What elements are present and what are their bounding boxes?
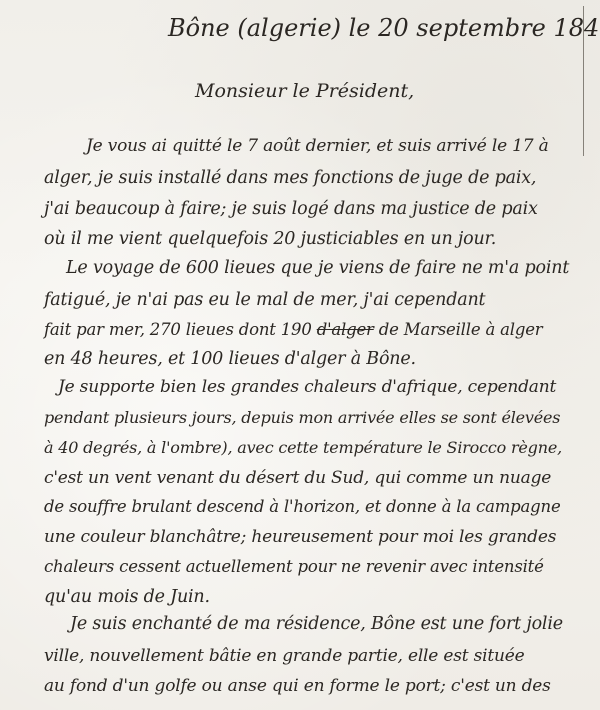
letter-line: Je vous ai quitté le 7 août dernier, et … [86,136,549,156]
letter-line: ville, nouvellement bâtie en grande part… [44,646,524,666]
letter-line: Je supporte bien les grandes chaleurs d'… [58,377,556,397]
letter-line: fatigué, je n'ai pas eu le mal de mer, j… [44,290,485,310]
letter-line: j'ai beaucoup à faire; je suis logé dans… [44,199,538,219]
letter-line: où il me vient quelquefois 20 justiciabl… [44,229,496,249]
letter-line: de souffre brulant descend à l'horizon, … [44,497,561,516]
letter-line: au fond d'un golfe ou anse qui en forme … [44,676,551,696]
letter-line: c'est un vent venant du désert du Sud, q… [44,468,551,488]
letter-line: à 40 degrés, à l'ombre), avec cette temp… [44,438,562,457]
letter-line: chaleurs cessent actuellement pour ne re… [44,557,544,576]
letter-line: qu'au mois de Juin. [44,587,210,607]
letter-dateline: Bône (algerie) le 20 septembre 1849 [168,14,600,42]
letter-page: Bône (algerie) le 20 septembre 1849 Mons… [0,0,600,710]
letter-line: Je suis enchanté de ma résidence, Bône e… [70,614,563,634]
letter-line: fait par mer, 270 lieues dont 190 d'alge… [44,320,542,339]
letter-line: une couleur blanchâtre; heureusement pou… [44,527,556,547]
letter-salutation: Monsieur le Président, [195,80,414,102]
struck-text: d'alger [317,320,374,339]
letter-line: Le voyage de 600 lieues que je viens de … [66,258,569,278]
letter-line: en 48 heures, et 100 lieues d'alger à Bô… [44,349,416,369]
letter-line: alger, je suis installé dans mes fonctio… [44,168,536,188]
letter-line: pendant plusieurs jours, depuis mon arri… [44,408,560,427]
